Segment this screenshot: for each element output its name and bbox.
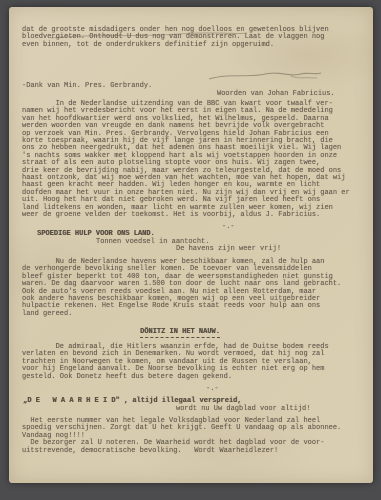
- credit-gerbrandy: -Dank van Min. Pres. Gerbrandy.: [22, 83, 152, 90]
- paragraph-intro: dat de grootste misdadigers onder hen no…: [22, 27, 329, 49]
- paragraph-donitz: De admiraal, die Hitlers waanzin erfde, …: [22, 344, 329, 381]
- scan-backdrop: dat de grootste misdadigers onder hen no…: [0, 0, 381, 500]
- paragraph-waarheid: Het eerste nummer van het legale Volksda…: [22, 418, 341, 455]
- document-page: dat de grootste misdadigers onder hen no…: [9, 7, 373, 483]
- heading-donitz: DÖNITZ IN HET NAUW.: [140, 329, 220, 338]
- paragraph-fabricius: In de Nederlandse uitzending van de BBC …: [22, 101, 350, 220]
- heading-waarheid-sub: wordt nu Uw dagblad voor altijd!: [176, 406, 310, 413]
- section-divider-1: -.-: [222, 224, 235, 231]
- pencil-scribble: [205, 63, 325, 85]
- subheading-havens-vrij: De havens zijn weer vrij!: [176, 246, 281, 253]
- section-divider-2: -.-: [206, 386, 219, 393]
- paragraph-havens: Nu de Nederlandse havens weer beschikbaa…: [22, 259, 341, 318]
- byline-fabricius: Woorden van Johan Fabricius.: [217, 91, 335, 98]
